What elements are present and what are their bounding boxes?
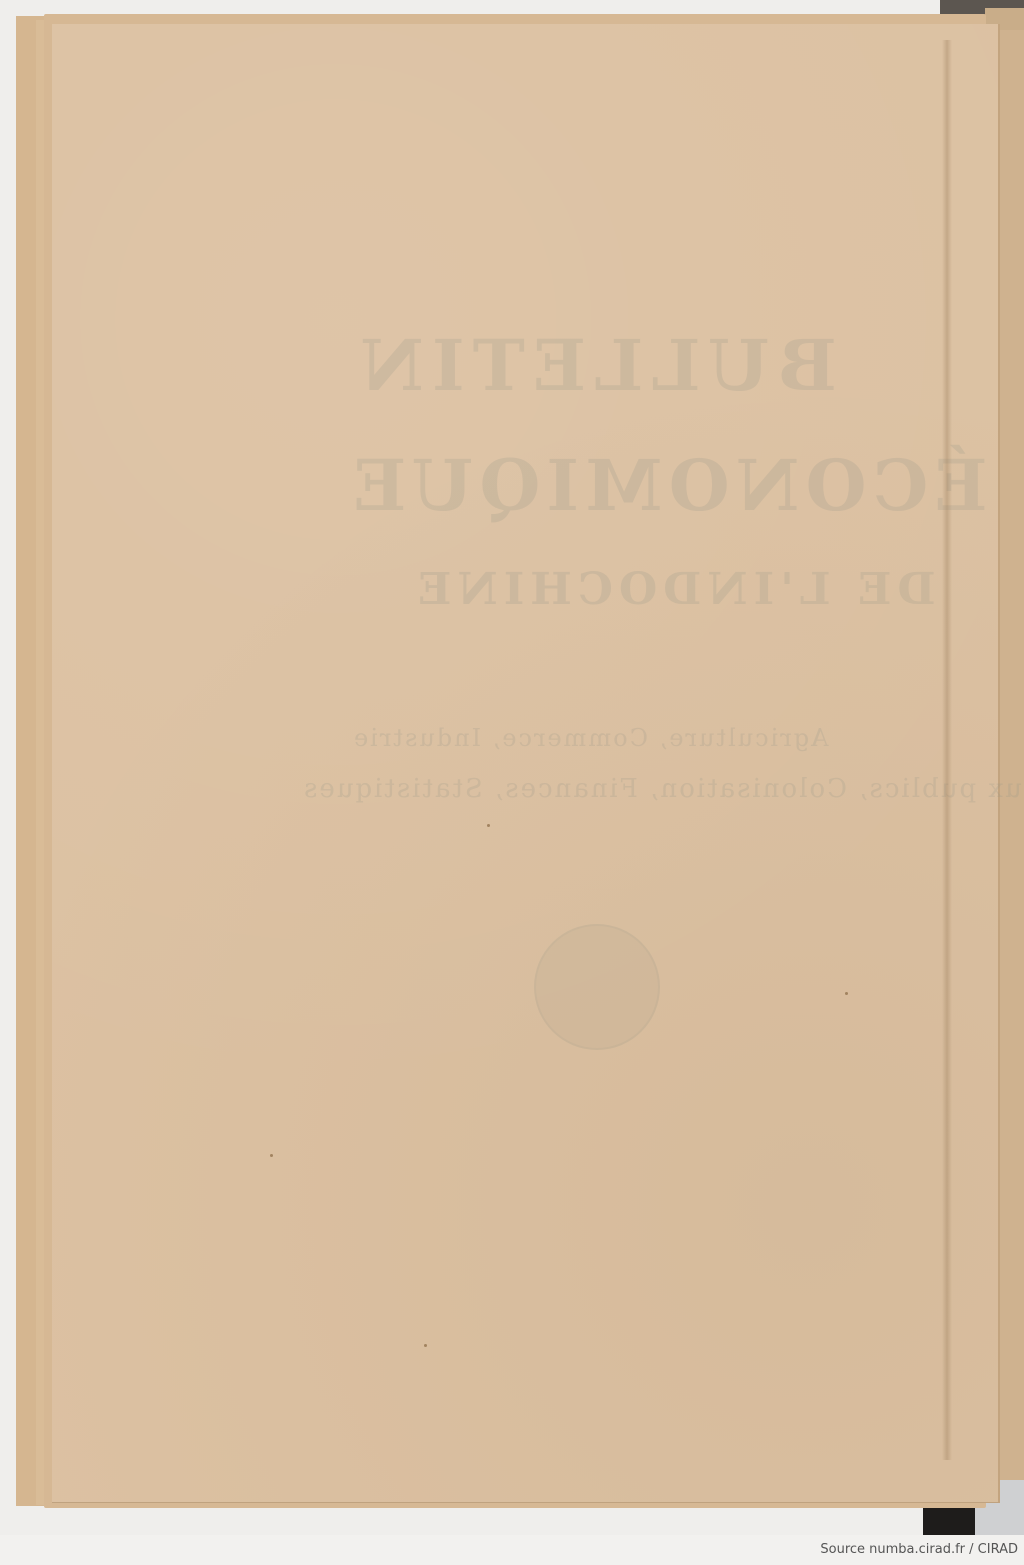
page-fold-shadow [942,40,952,1460]
show-through-seal [534,924,660,1050]
show-through-subtitle-line-2: Travaux publics, Colonisation, Finances,… [302,774,1024,804]
paper-speck [845,992,848,995]
paper-speck [487,824,490,827]
paper-speck [424,1344,427,1347]
source-caption: Source numba.cirad.fr / CIRAD [820,1542,1018,1557]
scanned-page-image: BULLETIN ÉCONOMIQUE DE L'INDOCHINE Agric… [0,0,1024,1535]
show-through-title-line-2: ÉCONOMIQUE [347,444,988,527]
show-through-title-line-1: BULLETIN [352,324,837,407]
paper-speck [270,1154,273,1157]
book-page: BULLETIN ÉCONOMIQUE DE L'INDOCHINE Agric… [52,24,1000,1503]
binding-corner [923,1506,975,1535]
show-through-subtitle-line-1: Agriculture, Commerce, Industrie [352,724,828,752]
show-through-title-line-3: DE L'INDOCHINE [412,564,936,615]
